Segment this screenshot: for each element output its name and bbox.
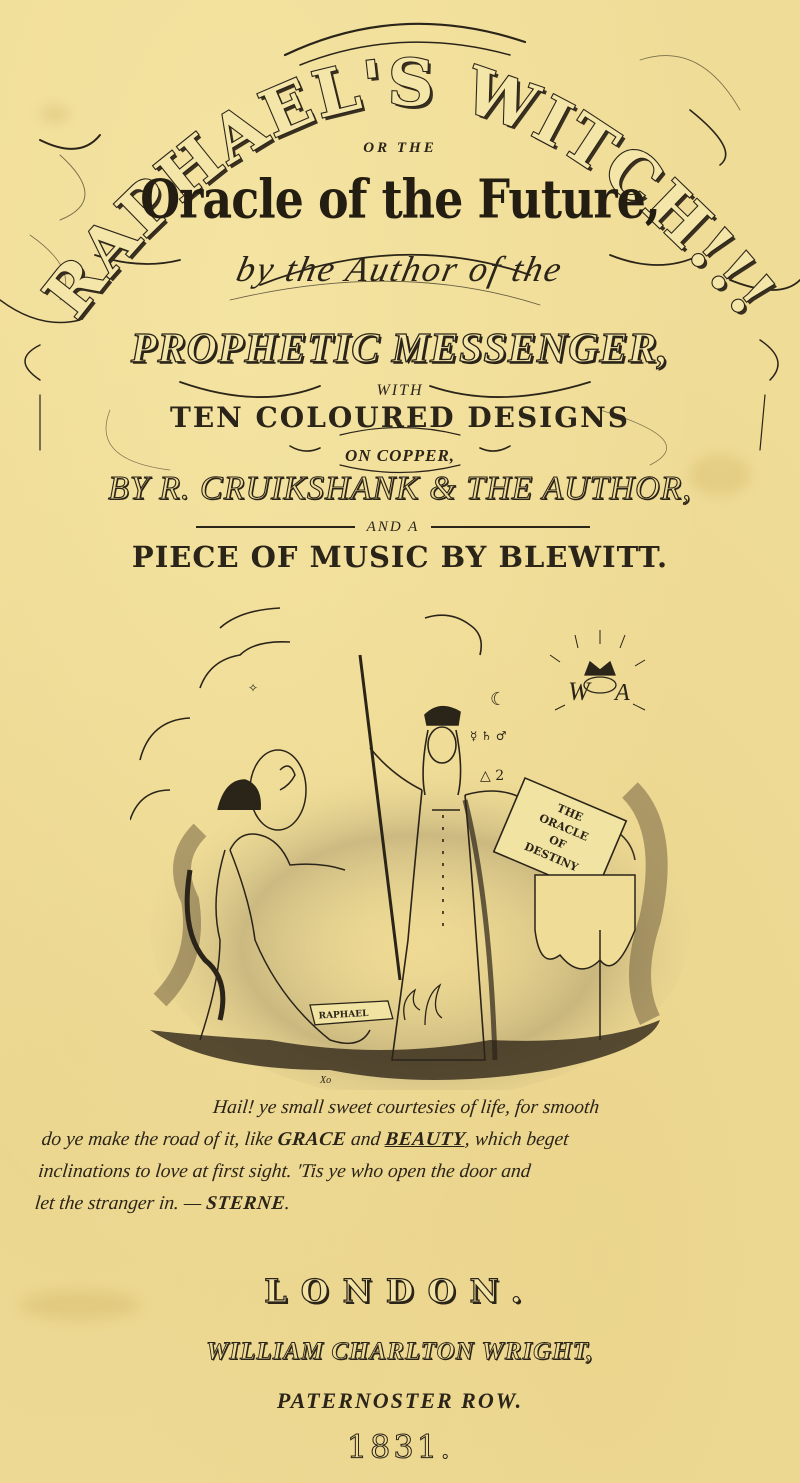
designs-heading: TEN COLOURED DESIGNS [0, 401, 800, 434]
with-label: WITH [0, 382, 800, 400]
monogram-letter-w: W [568, 677, 592, 706]
title-page: RAPHAEL'S WITCH!!! RAPHAEL'S WITCH!!! OR… [0, 0, 800, 1483]
crown-monogram [550, 630, 645, 710]
epigraph-quote: Hail! ye small sweet courtesies of life,… [33, 1092, 766, 1220]
byline: by the Author of the [0, 248, 800, 290]
and-a-label: AND A [367, 519, 420, 536]
imprint-publisher: WILLIAM CHARLTON WRIGHT, [0, 1338, 800, 1366]
imprint-city: LONDON. [0, 1272, 800, 1310]
imprint-year: 1831. [0, 1428, 800, 1466]
quote-line-3: inclinations to love at first sight. 'Ti… [37, 1156, 760, 1188]
and-a-divider: AND A [196, 517, 590, 537]
svg-text:☿ ♄ ♂: ☿ ♄ ♂ [470, 729, 507, 743]
divider-rule [196, 526, 355, 528]
quote-line-4: let the stranger in. — STERNE. [33, 1188, 756, 1220]
quote-line-2: do ye make the road of it, like GRACE an… [40, 1124, 763, 1156]
illustrators-credit: BY R. CRUIKSHANK & THE AUTHOR, [0, 470, 800, 508]
frontispiece-illustration: W A ☾ ☿ ♄ ♂ △ 2 ✧ THE ORACLE OF DESTINY [130, 600, 690, 1090]
title-connector: OR THE [0, 140, 800, 157]
quote-author: STERNE [205, 1193, 286, 1214]
quote-line-1: Hail! ye small sweet courtesies of life,… [43, 1092, 766, 1124]
svg-text:✧: ✧ [248, 681, 258, 695]
divider-rule [431, 526, 590, 528]
svg-text:☾: ☾ [490, 689, 506, 710]
imprint-address: PATERNOSTER ROW. [0, 1388, 800, 1414]
medium-label: ON COPPER, [0, 446, 800, 466]
monogram-letter-a: A [613, 680, 630, 706]
engraver-mark: Xo [319, 1075, 331, 1086]
svg-text:△ 2: △ 2 [480, 768, 504, 784]
work-title: PROPHETIC MESSENGER, [0, 325, 800, 373]
subtitle: Oracle of the Future, [0, 168, 800, 230]
music-credit: PIECE OF MUSIC BY BLEWITT. [0, 540, 800, 574]
